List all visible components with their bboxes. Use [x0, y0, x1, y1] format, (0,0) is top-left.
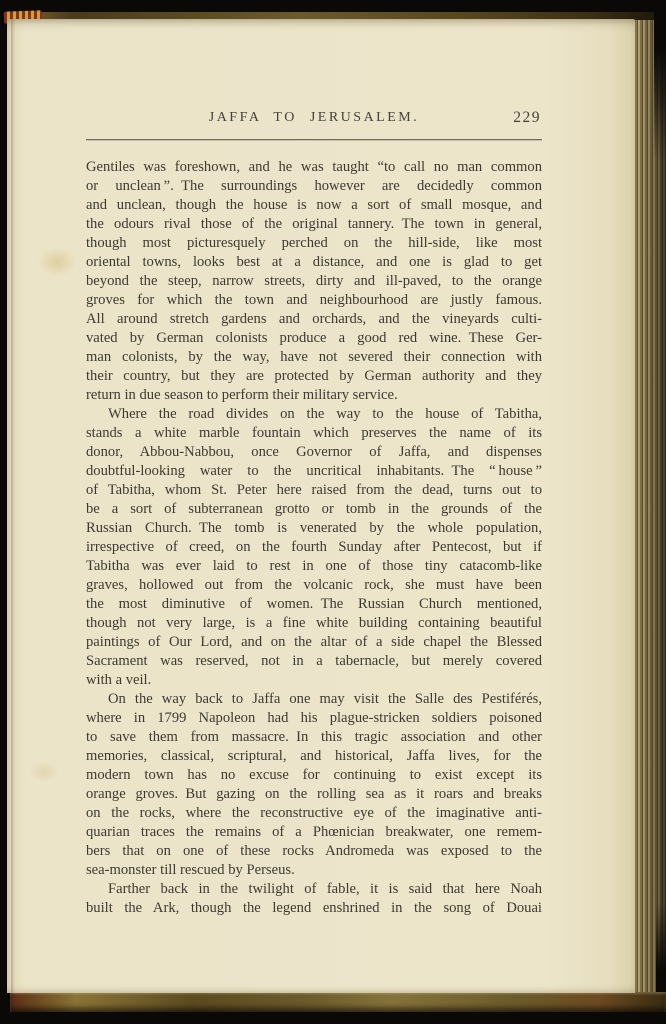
text-line: the odours rival those of the original t…	[86, 215, 542, 234]
text-line: stands a white marble fountain which pre…	[86, 424, 542, 443]
text-line: On the way back to Jaffa one may visit t…	[86, 690, 542, 709]
text-line: vated by German colonists produce a good…	[86, 329, 542, 348]
text-line: beyond the steep, narrow streets, dirty …	[86, 272, 542, 291]
fore-edge-shadow-top	[654, 20, 666, 160]
text-line: on the rocks, where the reconstructive e…	[86, 804, 542, 823]
page-header: JAFFA TO JERUSALEM. 229	[86, 110, 542, 137]
page-stain	[29, 761, 59, 783]
running-title: JAFFA TO JERUSALEM.	[86, 110, 542, 126]
page-stain	[37, 247, 77, 277]
text-line: orange groves. But gazing on the rolling…	[86, 785, 542, 804]
header-rule	[86, 139, 542, 140]
text-line: Sacrament was reserved, not in a taberna…	[86, 652, 542, 671]
text-line: doubtful-looking water to the uncritical…	[86, 462, 542, 481]
text-line: donor, Abbou-Nabbou, once Governor of Ja…	[86, 443, 542, 462]
text-line: where in 1799 Napoleon had his plague-st…	[86, 709, 542, 728]
text-line: Farther back in the twilight of fable, i…	[86, 880, 542, 899]
text-line: though not very large, is a fine white b…	[86, 614, 542, 633]
text-line: man colonists, by the way, have not seve…	[86, 348, 542, 367]
book-page: JAFFA TO JERUSALEM. 229 Gentiles was for…	[7, 19, 635, 993]
text-line: paintings of Our Lord, and on the altar …	[86, 633, 542, 652]
text-line: be a sort of subterranean grotto or tomb…	[86, 500, 542, 519]
text-line: irrespective of creed, on the fourth Sun…	[86, 538, 542, 557]
text-line: Where the road divides on the way to the…	[86, 405, 542, 424]
text-line: and unclean, though the house is now a s…	[86, 196, 542, 215]
text-line: Tabitha was ever laid to rest in one of …	[86, 557, 542, 576]
fore-edge-shadow-bottom	[656, 903, 666, 993]
book-bottom-edge	[10, 992, 666, 1012]
text-line: Russian Church. The tomb is venerated by…	[86, 519, 542, 538]
text-line: the most diminutive of women. The Russia…	[86, 595, 542, 614]
text-line: memories, classical, scriptural, and his…	[86, 747, 542, 766]
text-line: return in due season to perform their mi…	[86, 386, 542, 405]
text-line: oriental towns, looks best at a distance…	[86, 253, 542, 272]
text-line: with a veil.	[86, 671, 542, 690]
text-line: bers that on one of these rocks Andromed…	[86, 842, 542, 861]
gutter-crease	[11, 19, 15, 993]
text-line: though most picturesquely perched on the…	[86, 234, 542, 253]
text-line: to save them from massacre. In this trag…	[86, 728, 542, 747]
printed-content: JAFFA TO JERUSALEM. 229 Gentiles was for…	[86, 110, 542, 918]
text-line: Gentiles was foreshown, and he was taugh…	[86, 158, 542, 177]
text-line: All around stretch gardens and orchards,…	[86, 310, 542, 329]
text-line: quarian traces the remains of a Phœnicia…	[86, 823, 542, 842]
text-line: of Tabitha, whom St. Peter here raised f…	[86, 481, 542, 500]
page-number: 229	[513, 109, 541, 127]
text-line: built the Ark, though the legend enshrin…	[86, 899, 542, 918]
text-block: Gentiles was foreshown, and he was taugh…	[86, 158, 542, 918]
text-line: modern town has no excuse for continuing…	[86, 766, 542, 785]
book-fore-edge	[633, 20, 666, 993]
text-line: groves for which the town and neighbourh…	[86, 291, 542, 310]
text-line: sea-monster till rescued by Perseus.	[86, 861, 542, 880]
text-line: or unclean ”. The surroundings however a…	[86, 177, 542, 196]
text-line: their country, but they are protected by…	[86, 367, 542, 386]
text-line: graves, hollowed out from the volcanic r…	[86, 576, 542, 595]
